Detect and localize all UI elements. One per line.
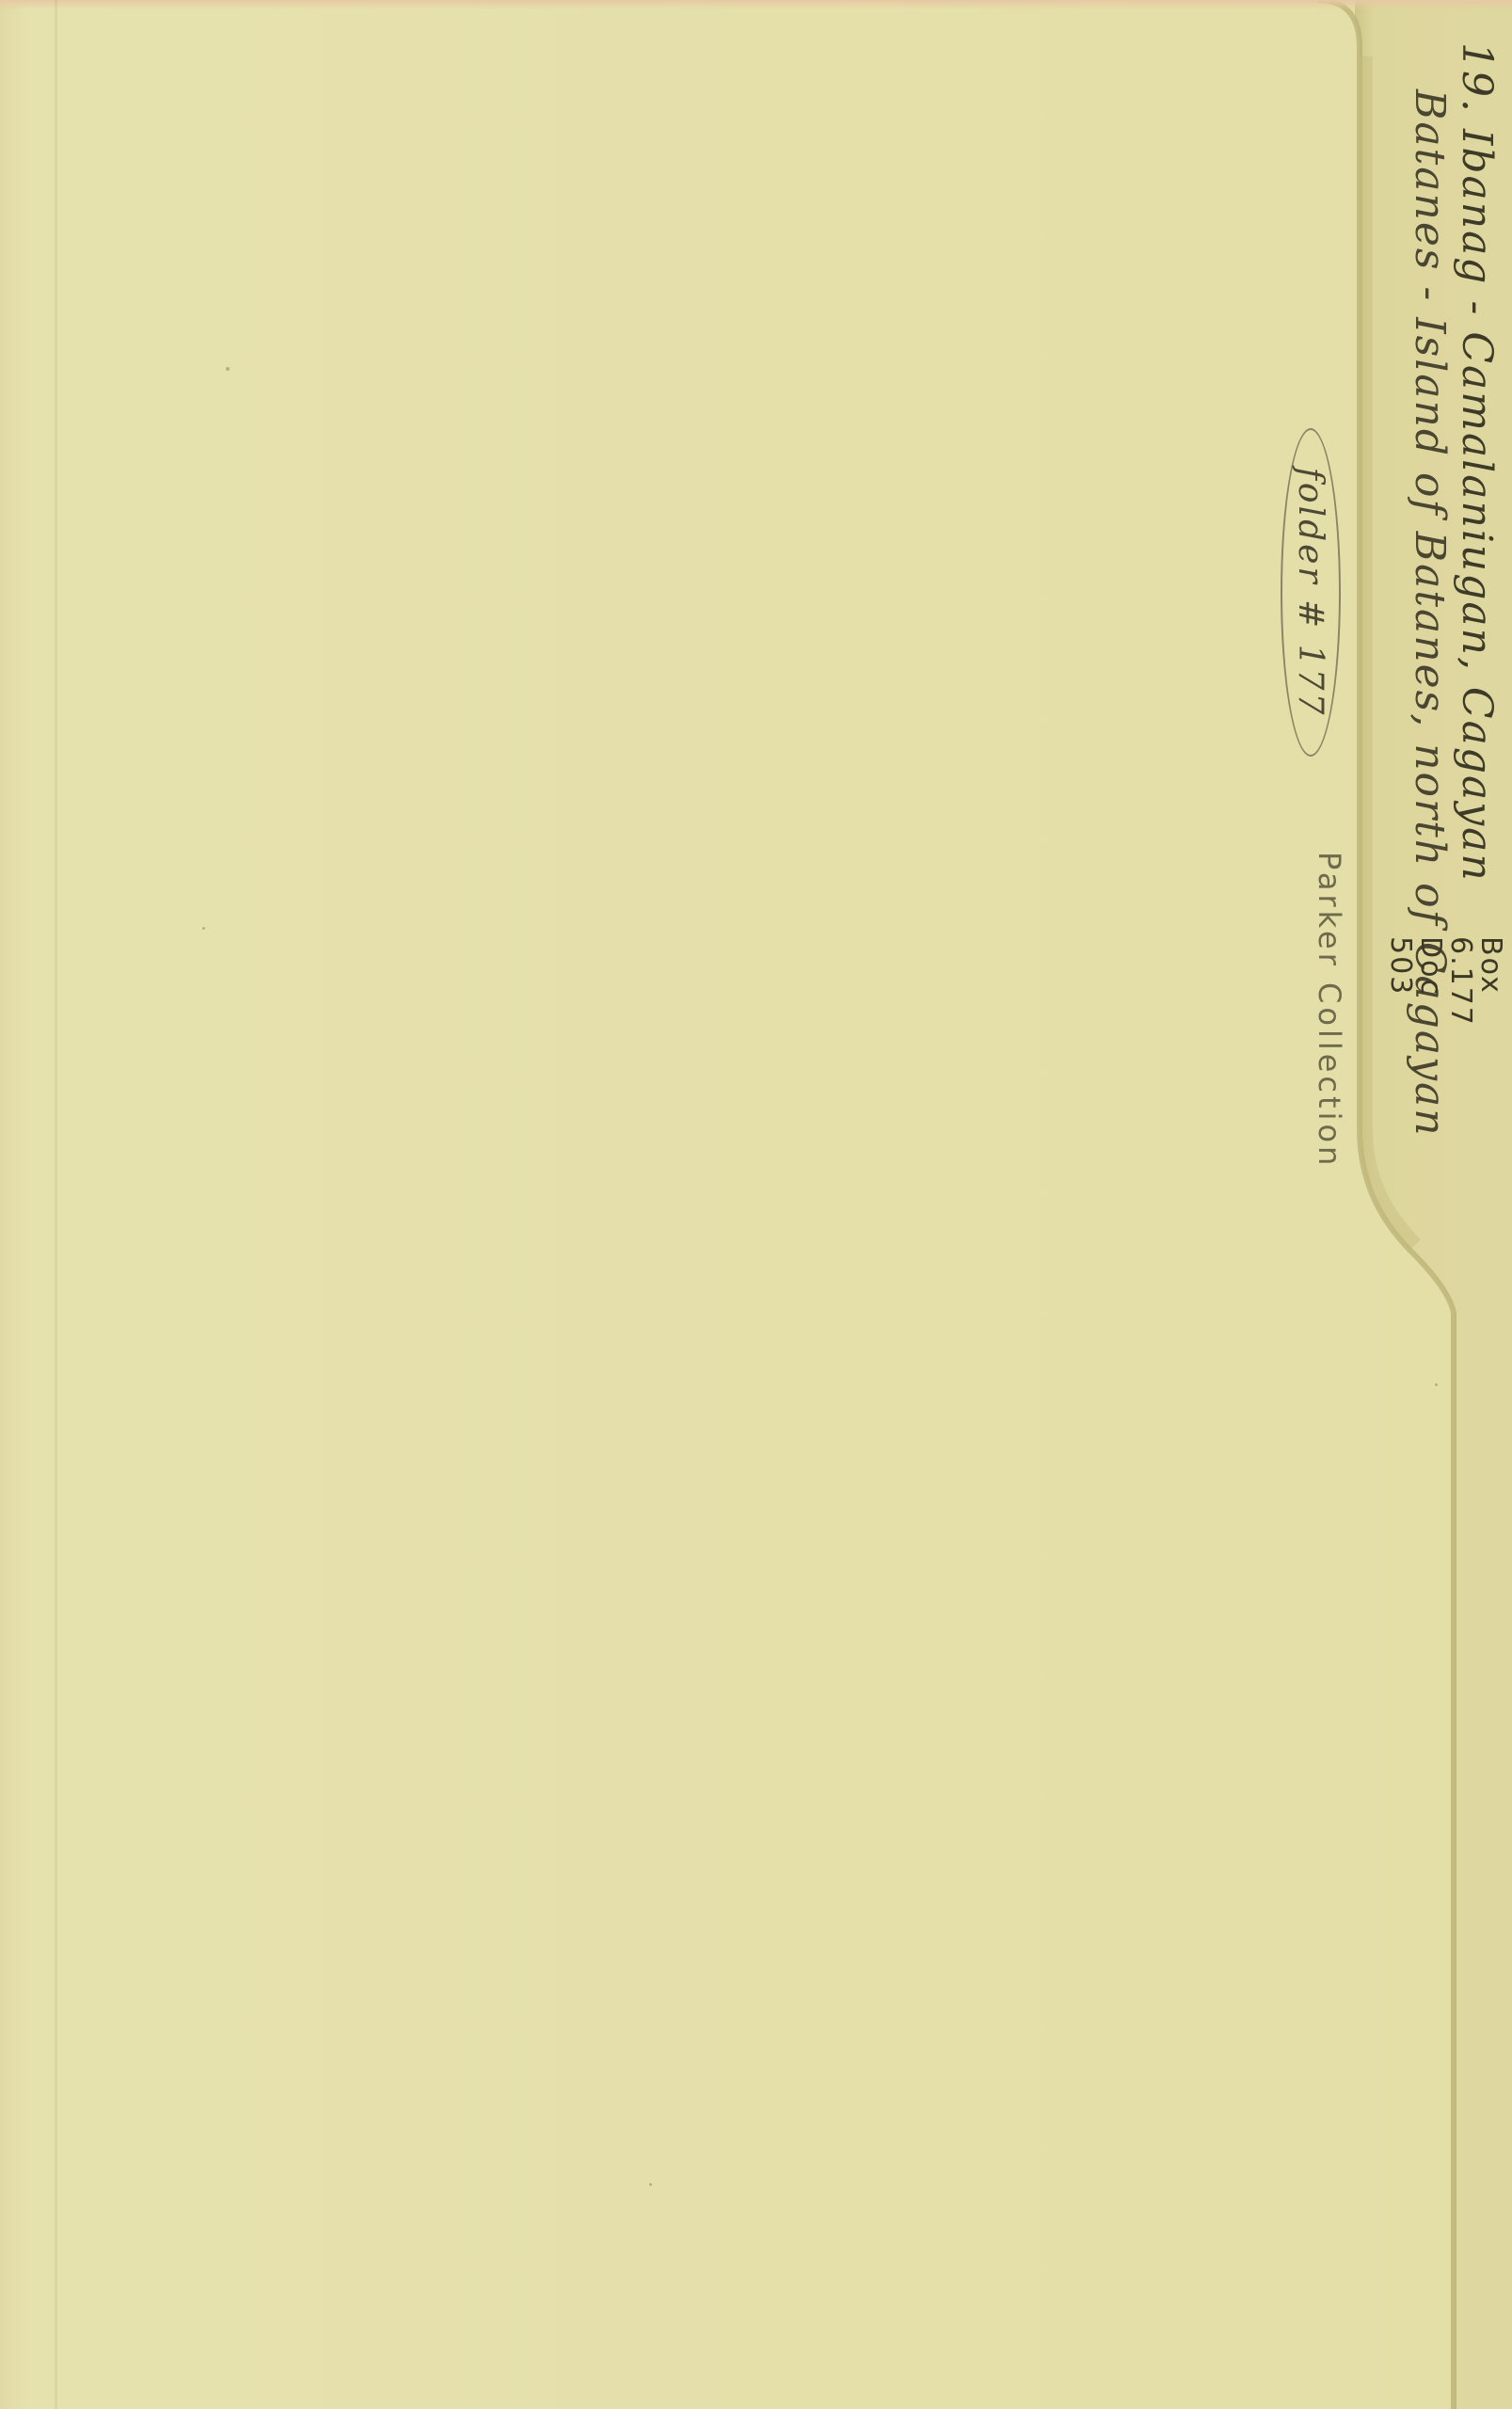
folder-front-shape <box>0 0 1512 2409</box>
tab-label-line-1: 19. Ibanag - Camalaniugan, Cagayan <box>1453 42 1501 883</box>
paper-speck <box>649 2183 652 2186</box>
paper-speck <box>202 927 205 930</box>
collection-name: Parker Collection <box>1312 852 1347 1169</box>
box-reference: Box 6.177 Doc 503 <box>1385 936 1505 1027</box>
paper-speck <box>226 367 230 371</box>
folder-front-panel <box>0 0 1512 2409</box>
folder-crease <box>55 0 57 2409</box>
doc-number: Doc 503 <box>1385 936 1445 1027</box>
folder-number-text: folder # 177 <box>1292 468 1330 718</box>
paper-speck <box>1435 1383 1438 1386</box>
folder-top-edge <box>0 0 1512 9</box>
circled-folder-number: folder # 177 <box>1281 428 1341 757</box>
folder-scan: 19. Ibanag - Camalaniugan, Cagayan Batan… <box>0 0 1512 2409</box>
box-number: Box 6.177 <box>1445 936 1505 1027</box>
